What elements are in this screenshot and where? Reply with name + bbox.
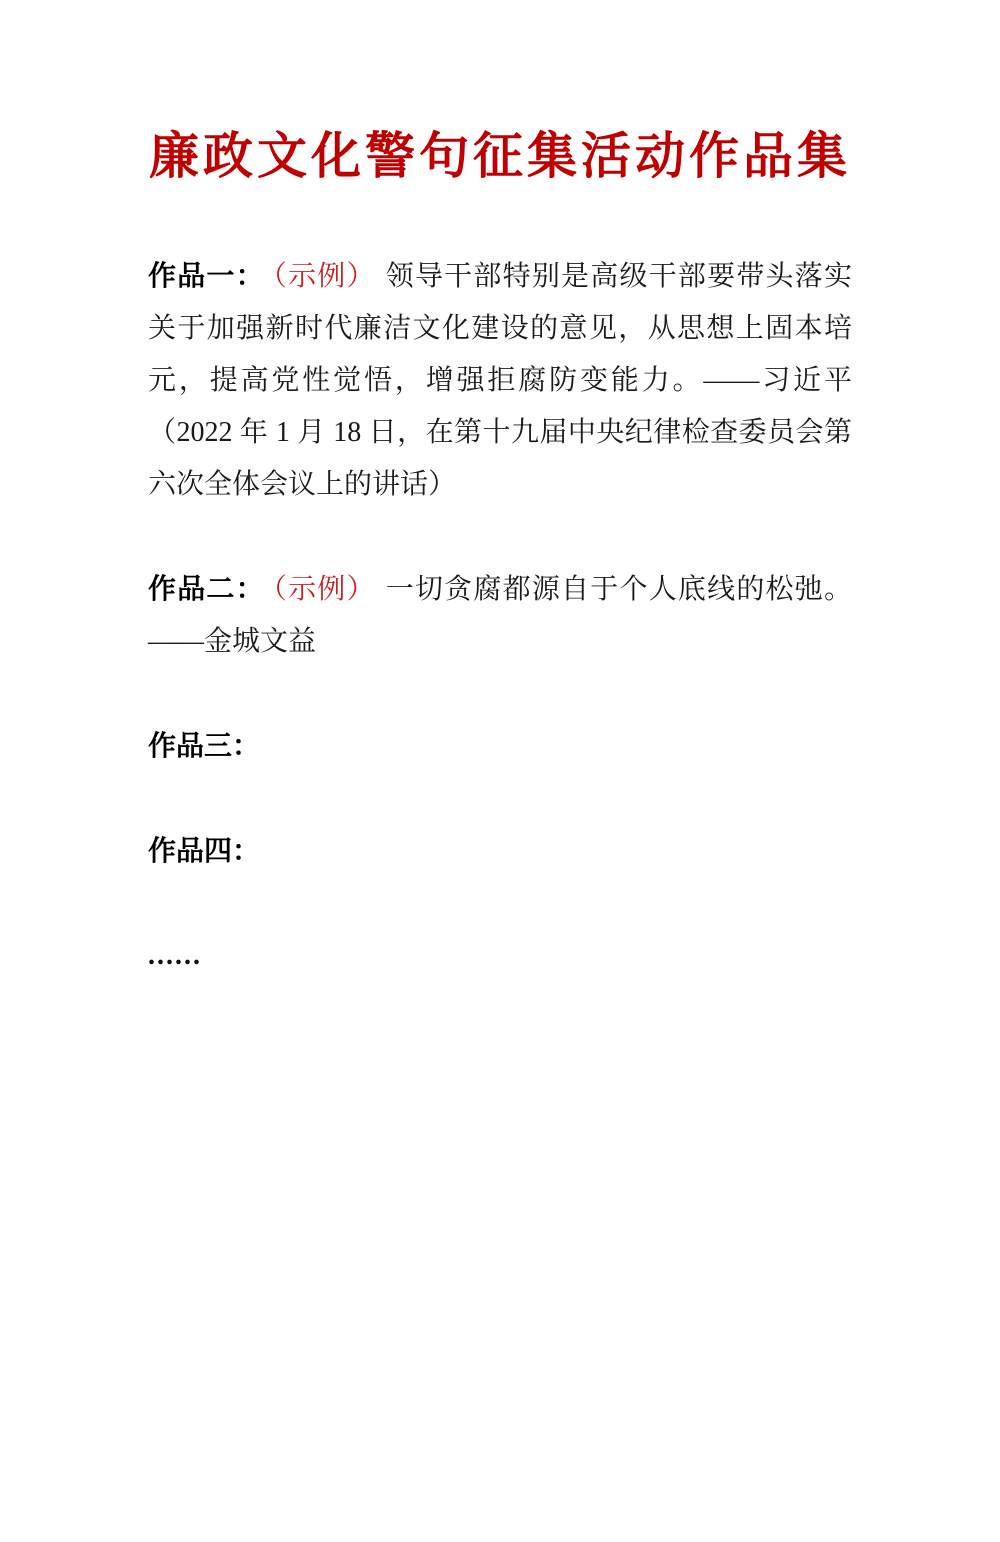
entry-paragraph-4: 作品四：	[148, 825, 852, 878]
entry-2-example-tag: （示例）	[273, 574, 376, 605]
entry-2-label: 作品二：	[148, 573, 265, 604]
entry-3-label: 作品三：	[148, 730, 260, 761]
document-title: 廉政文化警句征集活动作品集	[148, 128, 852, 184]
entry-1-example-tag: （示例）	[273, 261, 376, 292]
entry-paragraph-1: 作品一：（示例）领导干部特别是高级干部要带头落实关于加强新时代廉洁文化建设的意见…	[148, 250, 852, 511]
document-page: 廉政文化警句征集活动作品集 作品一：（示例）领导干部特别是高级干部要带头落实关于…	[0, 128, 1000, 1542]
entry-1-label: 作品一：	[148, 260, 265, 291]
ellipsis-line: ......	[148, 930, 852, 982]
entry-paragraph-2: 作品二：（示例）一切贪腐都源自于个人底线的松弛。——金城文益	[148, 563, 852, 668]
entry-1-attribution: （2022 年 1 月 18 日，在第十九届中央纪律检查委员会第六次全体会议上的…	[148, 417, 852, 500]
entry-paragraph-3: 作品三：	[148, 720, 852, 773]
entry-4-label: 作品四：	[148, 835, 260, 866]
